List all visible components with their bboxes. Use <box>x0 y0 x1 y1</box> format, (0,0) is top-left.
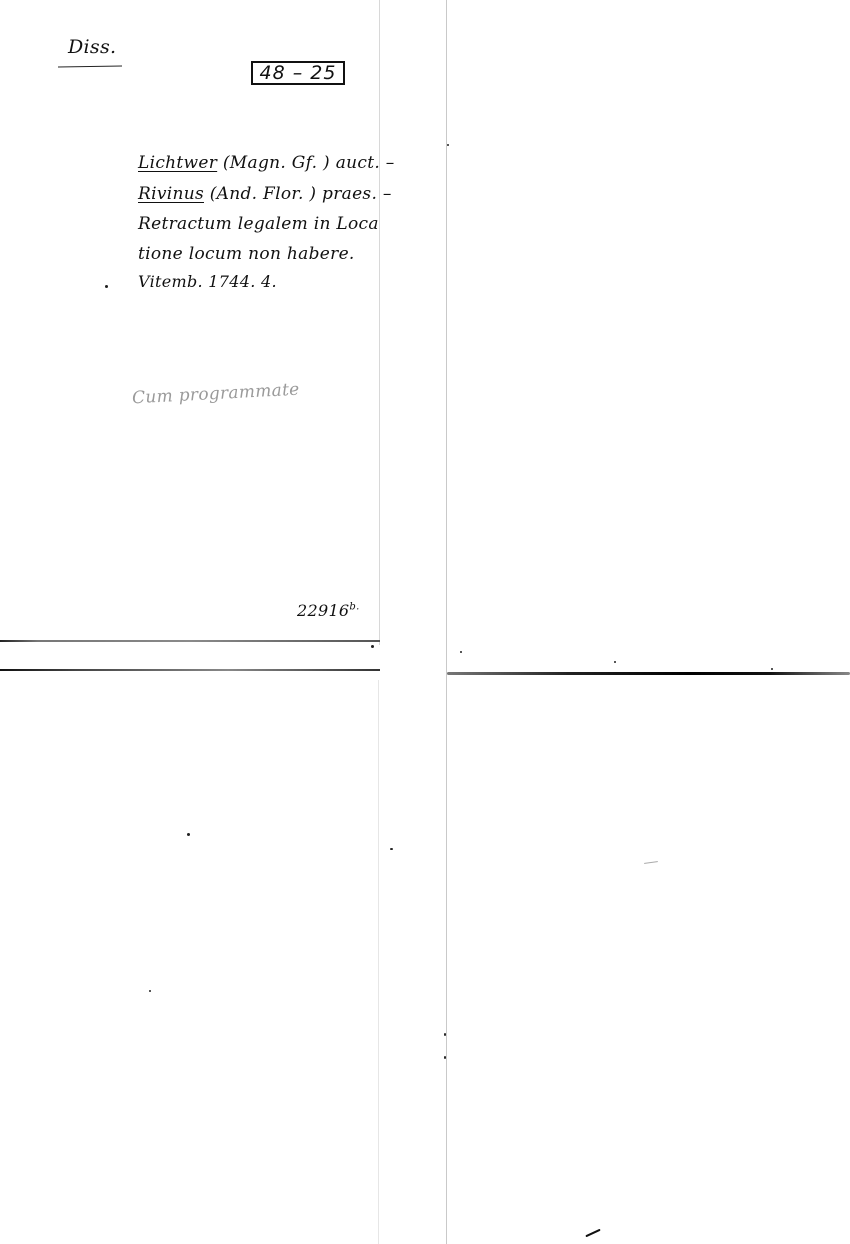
scan-speck <box>614 661 616 663</box>
scan-speck <box>460 651 462 653</box>
pen-mark <box>585 1229 600 1238</box>
call-number: 48 – 25 <box>260 62 337 84</box>
entry-title-line-2: tione locum non habere. <box>138 244 355 264</box>
praeses-name: Rivinus <box>138 184 204 204</box>
card-heading: Diss. <box>68 36 116 58</box>
scan-speck <box>447 144 449 146</box>
praeses-role: (And. Flor. ) praes. – <box>204 184 392 204</box>
author-role: (Magn. Gf. ) auct. – <box>217 153 394 173</box>
lower-panel-top-edge-right <box>447 672 850 675</box>
panel-divider-lower <box>378 680 379 1244</box>
scan-speck <box>444 1033 446 1036</box>
accession-digits: 22916 <box>297 601 349 620</box>
scan-speck <box>149 990 151 992</box>
pencil-note: Cum programmate <box>132 380 300 409</box>
lower-panel-top-edge-left <box>0 669 380 671</box>
faint-mark <box>644 861 658 864</box>
accession-number: 22916b. <box>297 601 360 620</box>
scan-speck <box>771 668 773 670</box>
heading-underline <box>58 65 122 67</box>
entry-title-line-1: Retractum legalem in Loca <box>138 214 379 234</box>
accession-suffix: b. <box>349 602 359 613</box>
scan-speck <box>187 833 190 836</box>
entry-praeses-line: Rivinus (And. Flor. ) praes. – <box>138 184 392 204</box>
entry-imprint: Vitemb. 1744. 4. <box>138 272 277 291</box>
card-bottom-edge <box>0 640 380 642</box>
call-number-box: 48 – 25 <box>251 61 345 85</box>
entry-author-line: Lichtwer (Magn. Gf. ) auct. – <box>138 153 395 173</box>
scan-speck <box>390 848 393 850</box>
panel-divider-right <box>446 0 447 1244</box>
scan-speck <box>105 285 108 288</box>
scanned-page: Diss. 48 – 25 Lichtwer (Magn. Gf. ) auct… <box>0 0 850 1244</box>
scan-speck <box>444 1056 446 1059</box>
scan-speck <box>371 645 374 648</box>
card-right-edge <box>379 0 380 645</box>
author-name: Lichtwer <box>138 153 217 173</box>
